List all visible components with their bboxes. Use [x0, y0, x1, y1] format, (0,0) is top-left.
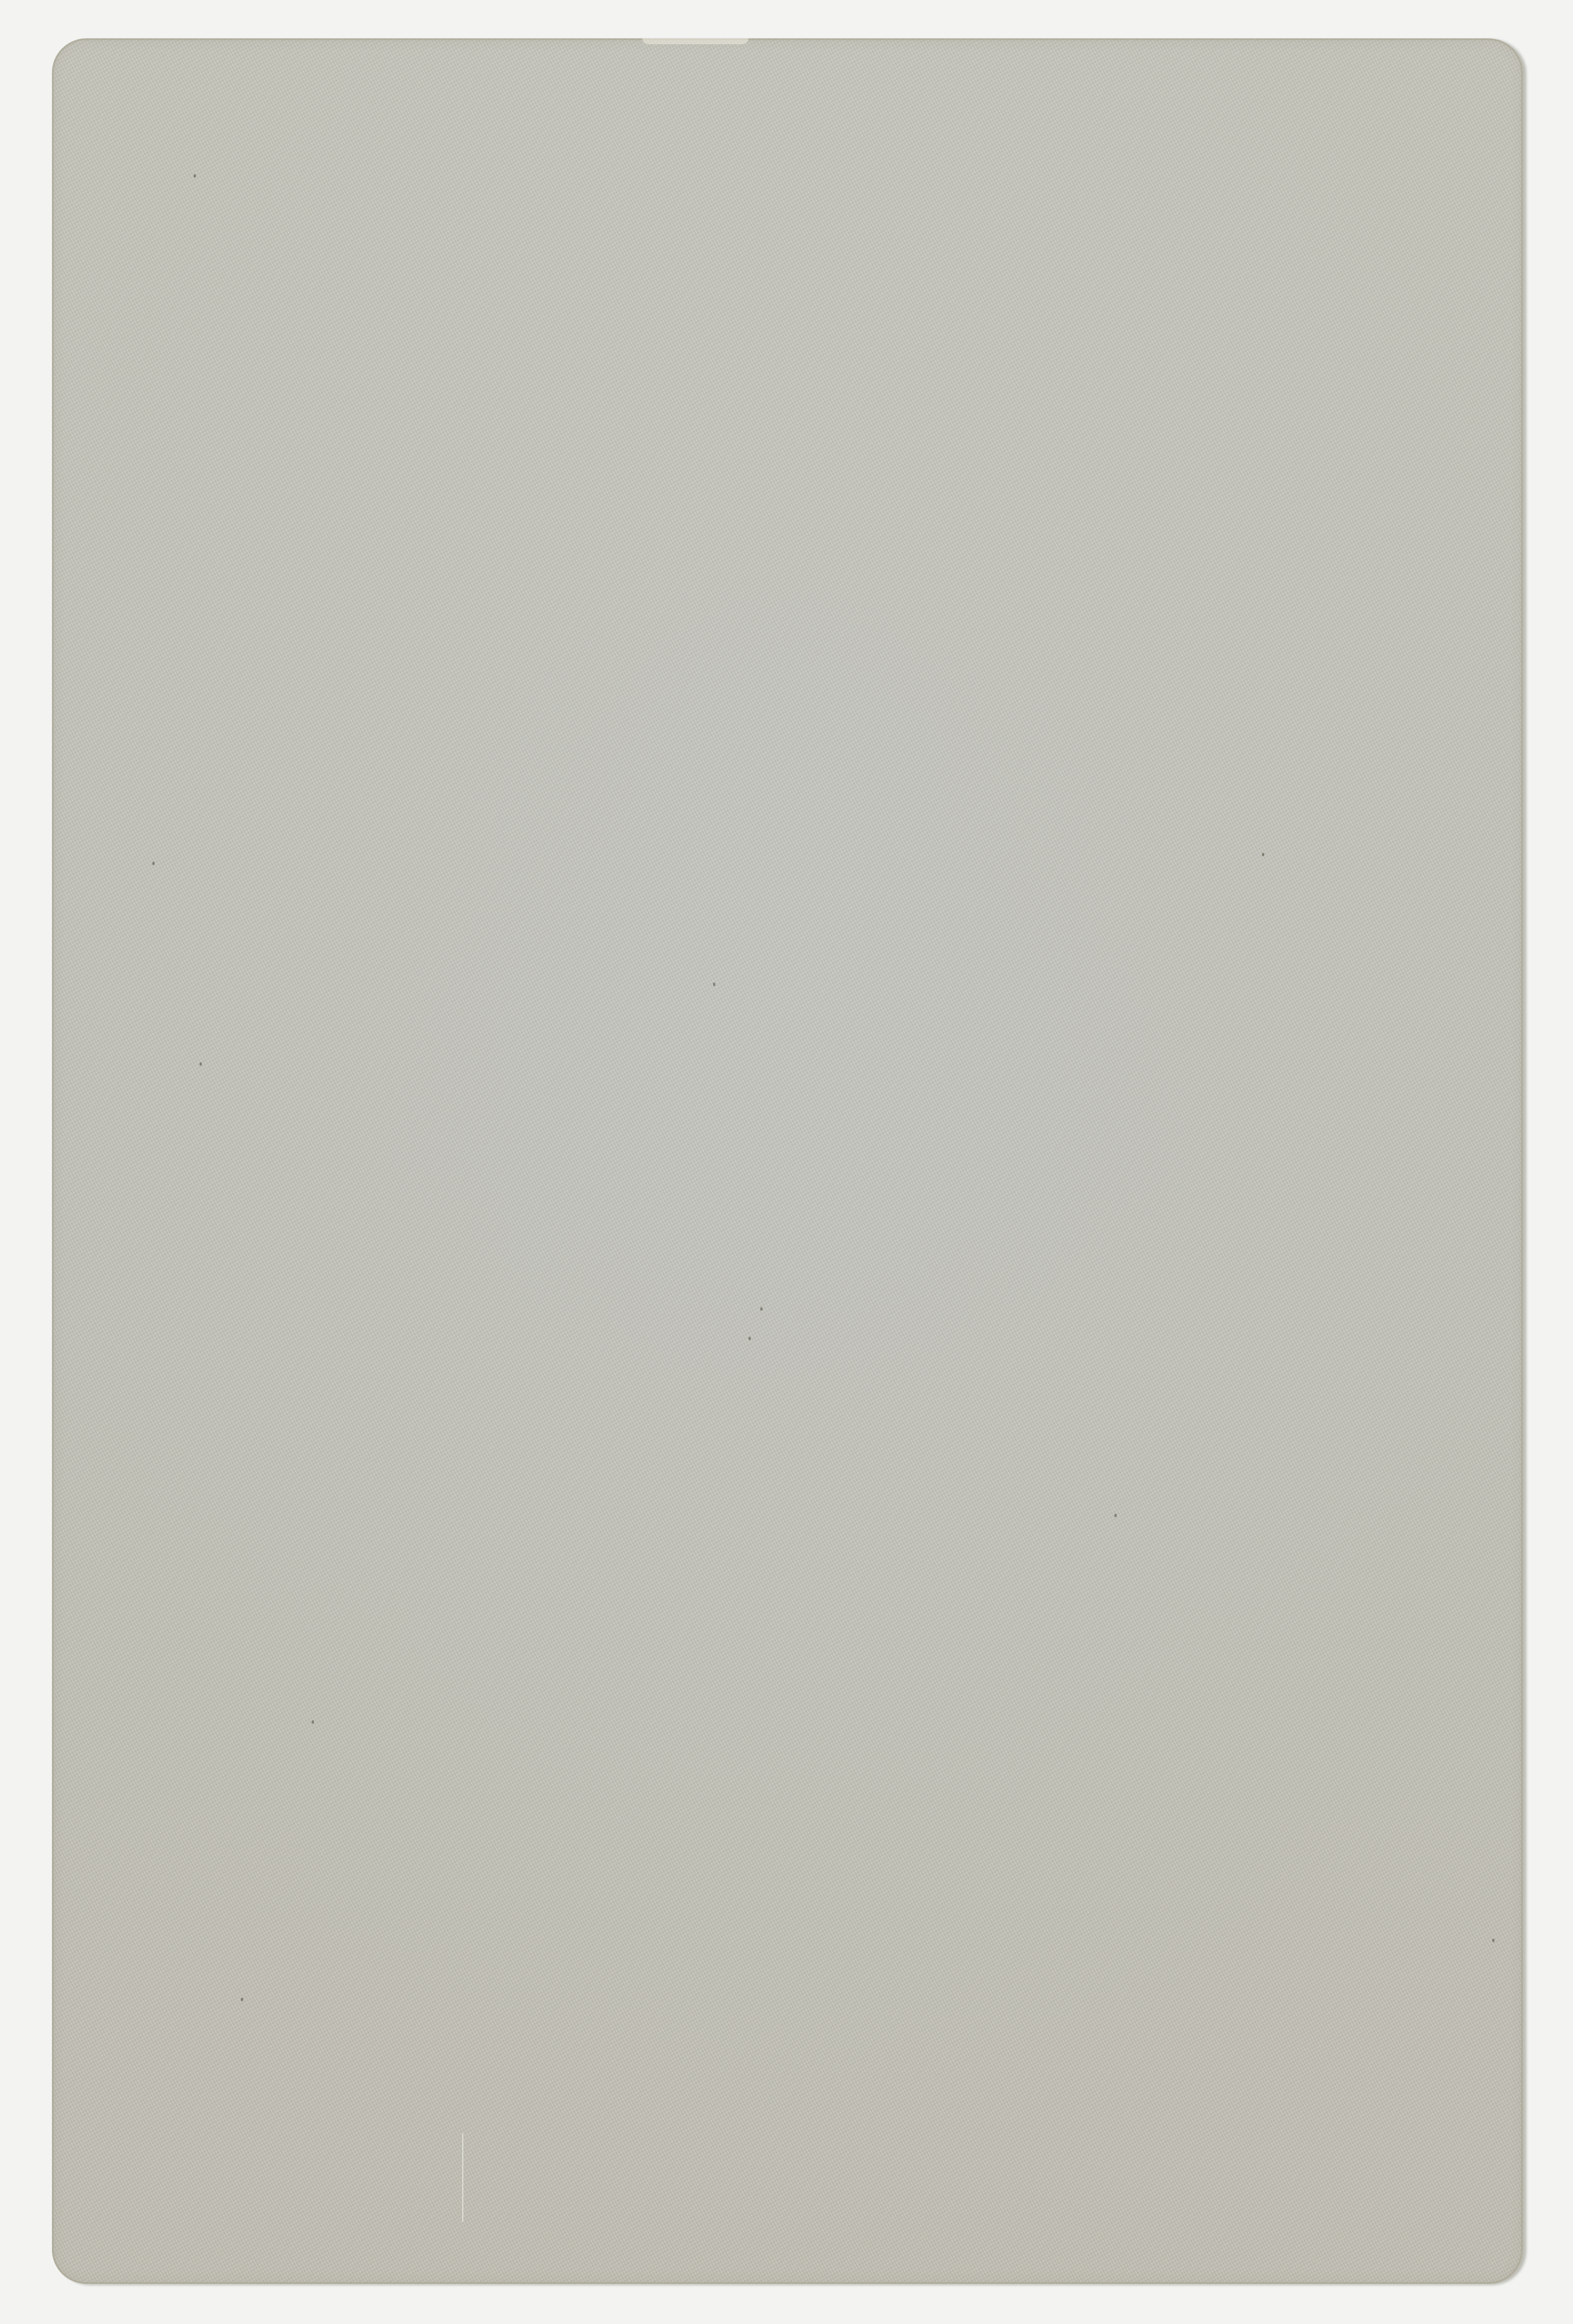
paper-speck — [748, 1337, 751, 1340]
paper-speck — [152, 862, 155, 865]
paper-speck — [713, 983, 715, 986]
paper-speck — [1262, 853, 1264, 856]
paper-speck — [312, 1720, 314, 1724]
paper-scratch — [462, 2133, 463, 2222]
paper-speck — [1114, 1514, 1117, 1517]
paper-speck — [760, 1307, 763, 1311]
paper-speck — [194, 174, 196, 178]
top-edge-wear — [642, 38, 748, 44]
paper-speck — [200, 1062, 202, 1066]
scene-description: Scan of the blank reverse side of an ant… — [52, 38, 53, 39]
blank-card-back: Scan of the blank reverse side of an ant… — [52, 38, 1523, 2284]
paper-speck — [1492, 1939, 1494, 1942]
paper-speck — [241, 1998, 243, 2001]
